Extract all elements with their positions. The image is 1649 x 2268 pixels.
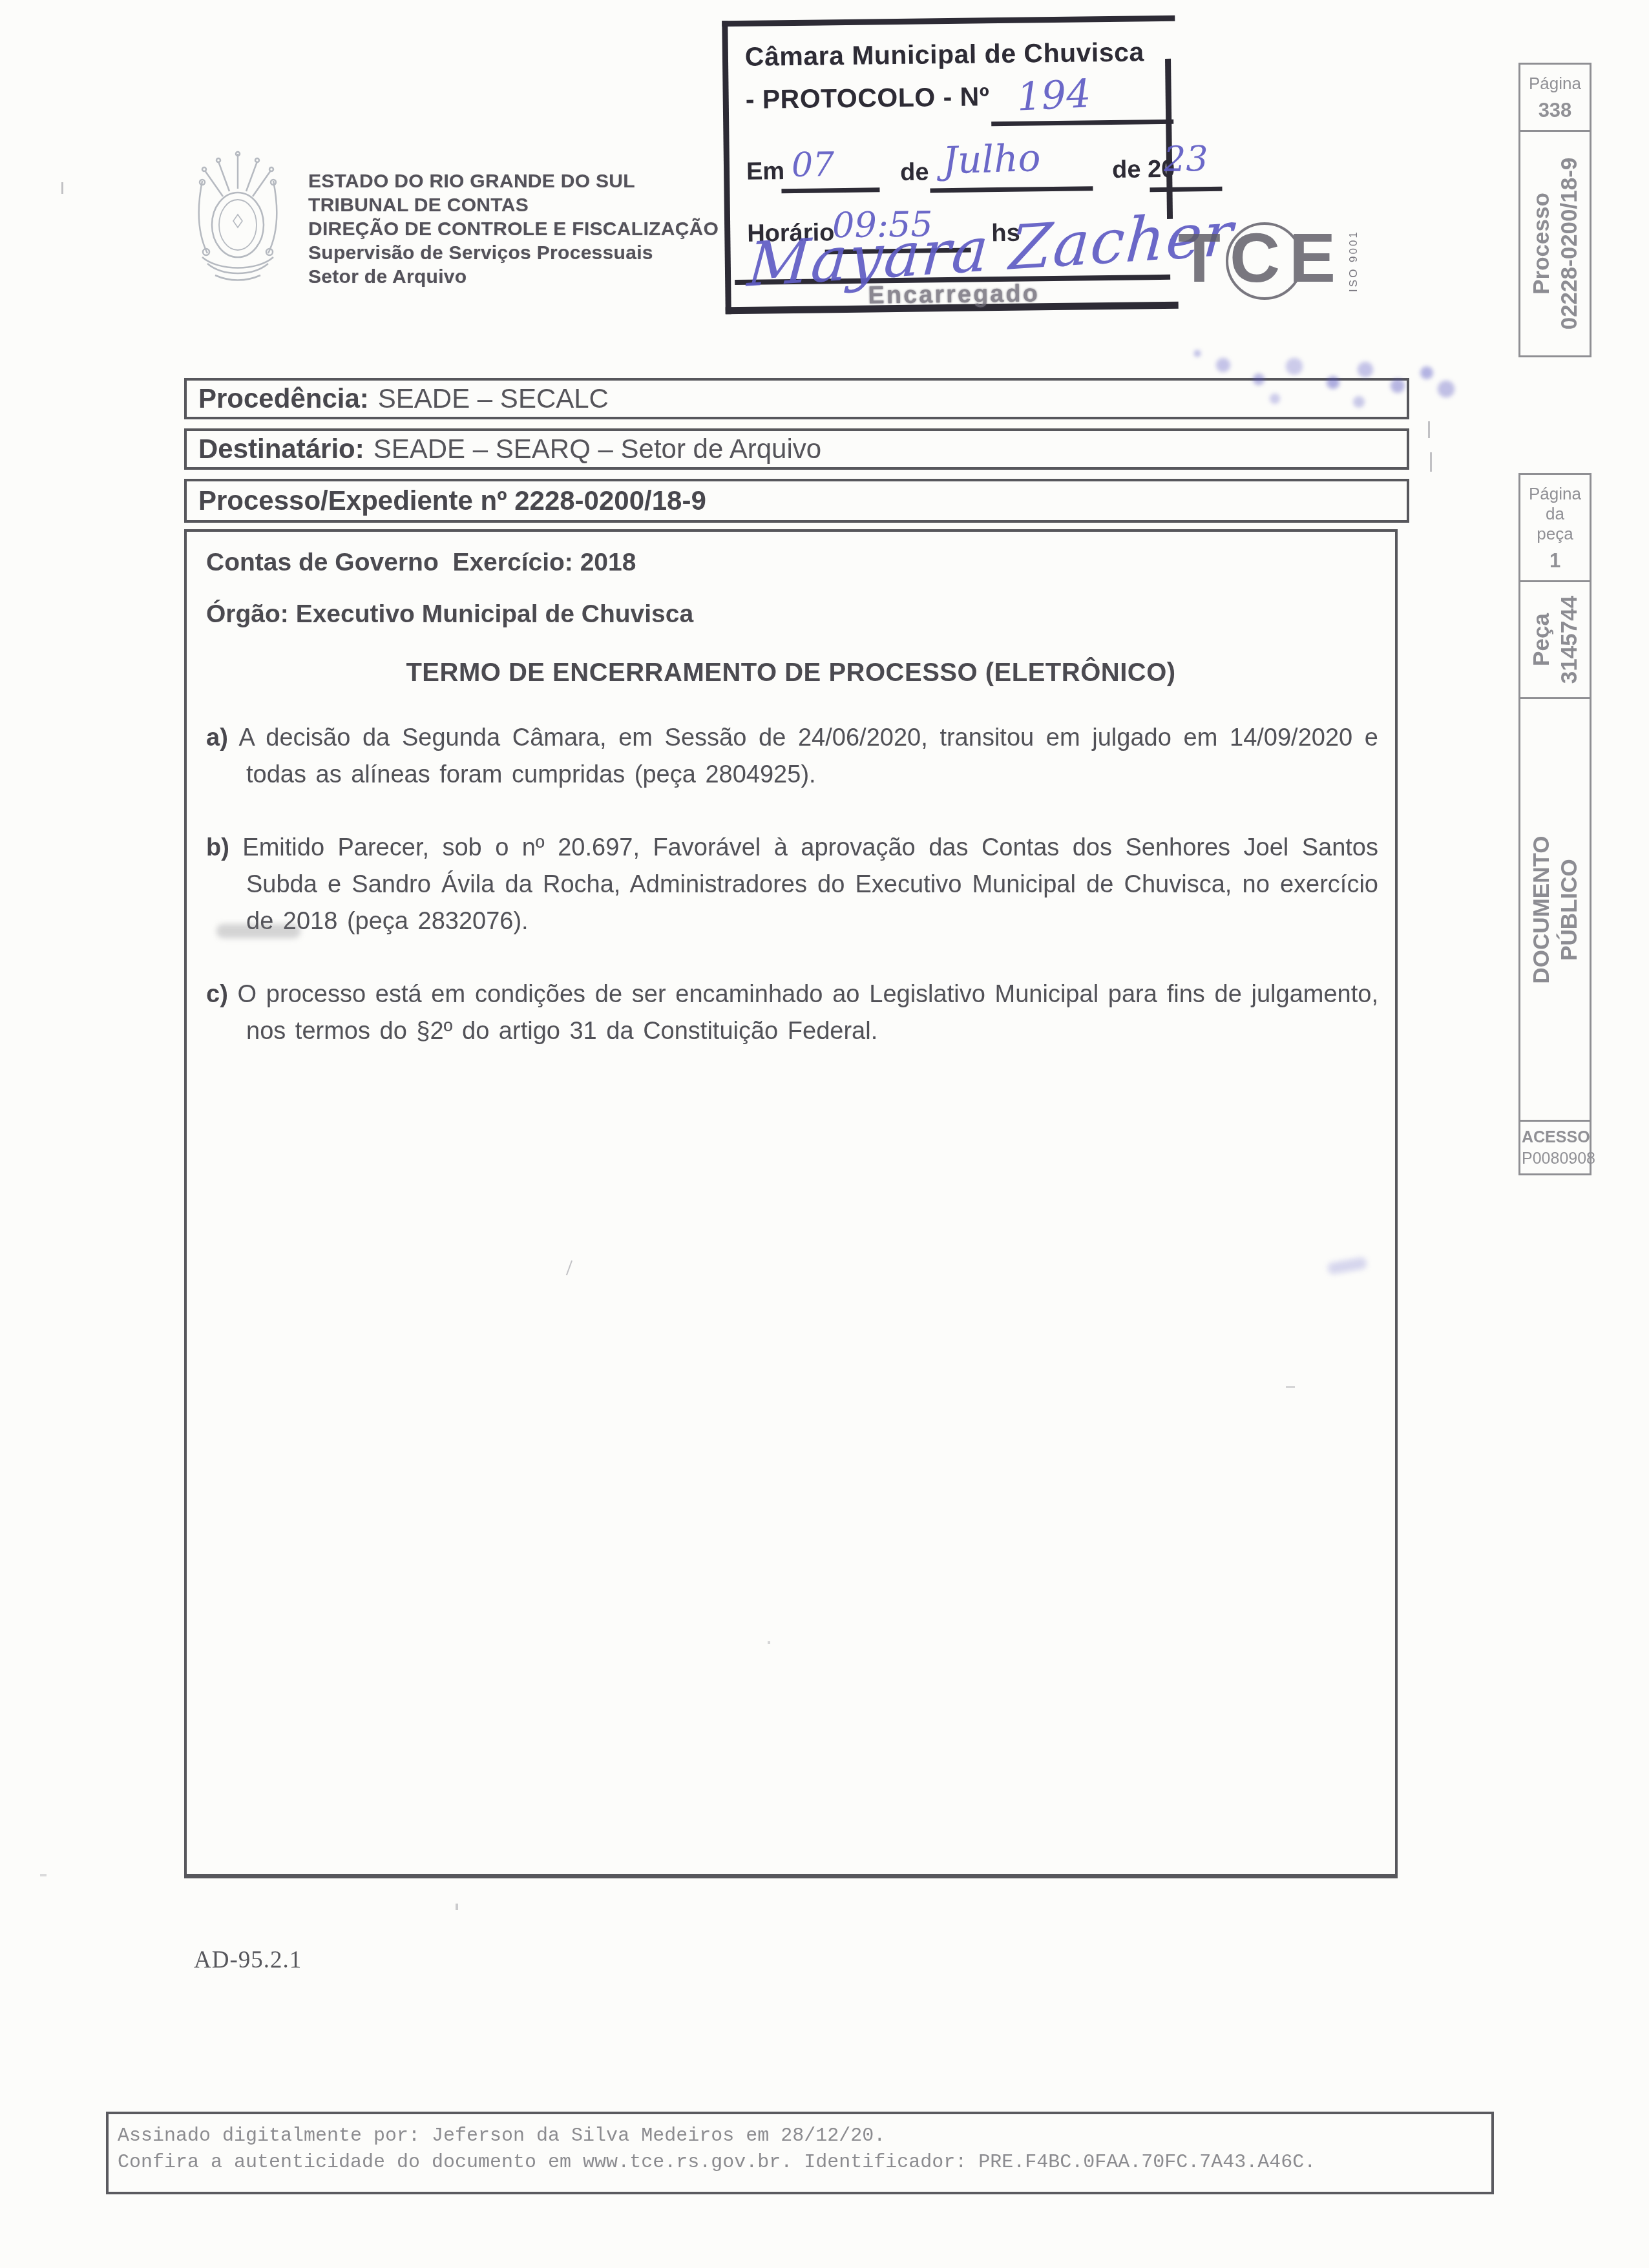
stamp-date-prefix: Em [746, 158, 785, 186]
item-text: A decisão da Segunda Câmara, em Sessão d… [238, 724, 1378, 788]
page-label: Página [1522, 74, 1588, 94]
recipient-field: Destinatário: SEADE – SEARQ – Setor de A… [184, 428, 1409, 470]
stamp-blank-line [930, 186, 1093, 193]
org-line: Supervisão de Serviços Processuais [308, 241, 719, 265]
tce-logo-circle [1226, 222, 1303, 300]
organ-line: Órgão: Executivo Municipal de Chuvisca [206, 600, 1395, 629]
handwritten-day: 07 [792, 145, 835, 185]
piece-page-number: 1 [1522, 549, 1588, 572]
scan-artifact [1430, 452, 1432, 472]
stamp-title: Câmara Municipal de Chuvisca [745, 37, 1144, 72]
org-line: TRIBUNAL DE CONTAS [308, 193, 719, 217]
handwritten-month: Julho [942, 136, 1041, 182]
org-line: DIREÇÃO DE CONTROLE E FISCALIZAÇÃO [308, 217, 719, 241]
scan-artifact-ink-smudge [1194, 350, 1201, 357]
protocol-stamp: Câmara Municipal de Chuvisca - PROTOCOLO… [722, 16, 1178, 315]
item-text: Emitido Parecer, sob o nº 20.697, Favorá… [242, 834, 1378, 935]
org-line: Setor de Arquivo [308, 265, 719, 289]
sidebar-page-process-box: Página 338 Processo 02228-0200/18-9 [1518, 63, 1591, 357]
digital-signature-box: Assinado digitalmente por: Jeferson da S… [106, 2112, 1494, 2194]
scan-artifact [40, 1874, 47, 1876]
item-marker: a) [206, 724, 228, 751]
tce-logo-icon: TCE ISO 9001 [1178, 226, 1339, 293]
item-marker: c) [206, 981, 228, 1008]
access-section: ACESSO P0080908 [1520, 1120, 1590, 1173]
scan-artifact [1428, 421, 1430, 438]
item-marker: b) [206, 834, 229, 861]
document-word: DOCUMENTO [1528, 835, 1555, 983]
scanned-document-page: ESTADO DO RIO GRANDE DO SUL TRIBUNAL DE … [0, 0, 1649, 2268]
handwritten-year: 23 [1164, 138, 1208, 180]
page-number-section: Página 338 [1520, 65, 1590, 132]
public-word: PÚBLICO [1555, 835, 1583, 983]
stamp-blank-line [1150, 187, 1222, 192]
scan-artifact-smudge [216, 924, 300, 938]
coat-of-arms-icon [183, 149, 293, 286]
sidebar-public-document-box: DOCUMENTO PÚBLICO ACESSO P0080908 [1518, 697, 1591, 1175]
page-number: 338 [1522, 99, 1588, 122]
scan-artifact [61, 182, 63, 194]
process-file-field: Processo/Expediente nº 2228-0200/18-9 [184, 479, 1409, 523]
access-label: ACESSO [1522, 1128, 1588, 1147]
piece-number: 3145744 [1555, 596, 1583, 684]
scan-artifact [456, 1904, 458, 1910]
handwritten-protocol-number: 194 [1016, 71, 1092, 120]
org-header: ESTADO DO RIO GRANDE DO SUL TRIBUNAL DE … [308, 169, 719, 289]
digital-signature-line2: Confira a autenticidade do documento em … [118, 2150, 1491, 2176]
piece-page-label: Página da [1522, 484, 1588, 524]
document-body-box: Contas de Governo Exercício: 2018 Órgão:… [184, 529, 1398, 1878]
piece-page-section: Página da peça 1 [1520, 475, 1590, 582]
origin-field: Procedência: SEADE – SECALC [184, 378, 1409, 419]
piece-number-rotated: Peça 3145744 [1528, 596, 1583, 684]
stamp-blank-line [781, 187, 879, 193]
form-code: AD-95.2.1 [194, 1946, 302, 1974]
process-number: 02228-0200/18-9 [1555, 158, 1583, 330]
piece-page-label: peça [1522, 524, 1588, 544]
process-file-value: Processo/Expediente nº 2228-0200/18-9 [198, 485, 706, 516]
piece-number-section: Peça 3145744 [1520, 582, 1590, 697]
scan-artifact [768, 1641, 770, 1644]
iso-9001-label: ISO 9001 [1347, 230, 1360, 292]
term-item-c: c) O processo está em condições de ser e… [206, 976, 1378, 1050]
public-document-rotated: DOCUMENTO PÚBLICO [1528, 835, 1583, 983]
document-title: TERMO DE ENCERRAMENTO DE PROCESSO (ELETR… [187, 658, 1395, 688]
recipient-value: SEADE – SEARQ – Setor de Arquivo [373, 434, 821, 465]
origin-value: SEADE – SECALC [378, 383, 609, 414]
public-document-section: DOCUMENTO PÚBLICO [1520, 699, 1590, 1120]
stamp-date-middle: de [900, 158, 929, 187]
item-text: O processo está em condições de ser enca… [238, 981, 1378, 1045]
accounts-exercise-line: Contas de Governo Exercício: 2018 [206, 532, 1395, 577]
term-item-a: a) A decisão da Segunda Câmara, em Sessã… [206, 720, 1378, 793]
origin-label: Procedência: [198, 383, 369, 414]
scan-artifact [1286, 1386, 1295, 1388]
digital-signature-line1: Assinado digitalmente por: Jeferson da S… [118, 2123, 1491, 2150]
stamp-blank-line [991, 120, 1173, 126]
process-label: Processo [1528, 158, 1555, 330]
access-code: P0080908 [1522, 1150, 1588, 1168]
process-number-section: Processo 02228-0200/18-9 [1520, 132, 1590, 355]
process-number-rotated: Processo 02228-0200/18-9 [1528, 158, 1583, 330]
piece-label: Peça [1528, 596, 1555, 684]
term-item-b: b) Emitido Parecer, sob o nº 20.697, Fav… [206, 830, 1378, 940]
org-line: ESTADO DO RIO GRANDE DO SUL [308, 169, 719, 193]
stamp-protocol-label: - PROTOCOLO - Nº [745, 81, 989, 115]
sidebar-piece-box: Página da peça 1 Peça 3145744 [1518, 473, 1591, 699]
recipient-label: Destinatário: [198, 434, 364, 465]
term-items: a) A decisão da Segunda Câmara, em Sessã… [187, 720, 1395, 1050]
